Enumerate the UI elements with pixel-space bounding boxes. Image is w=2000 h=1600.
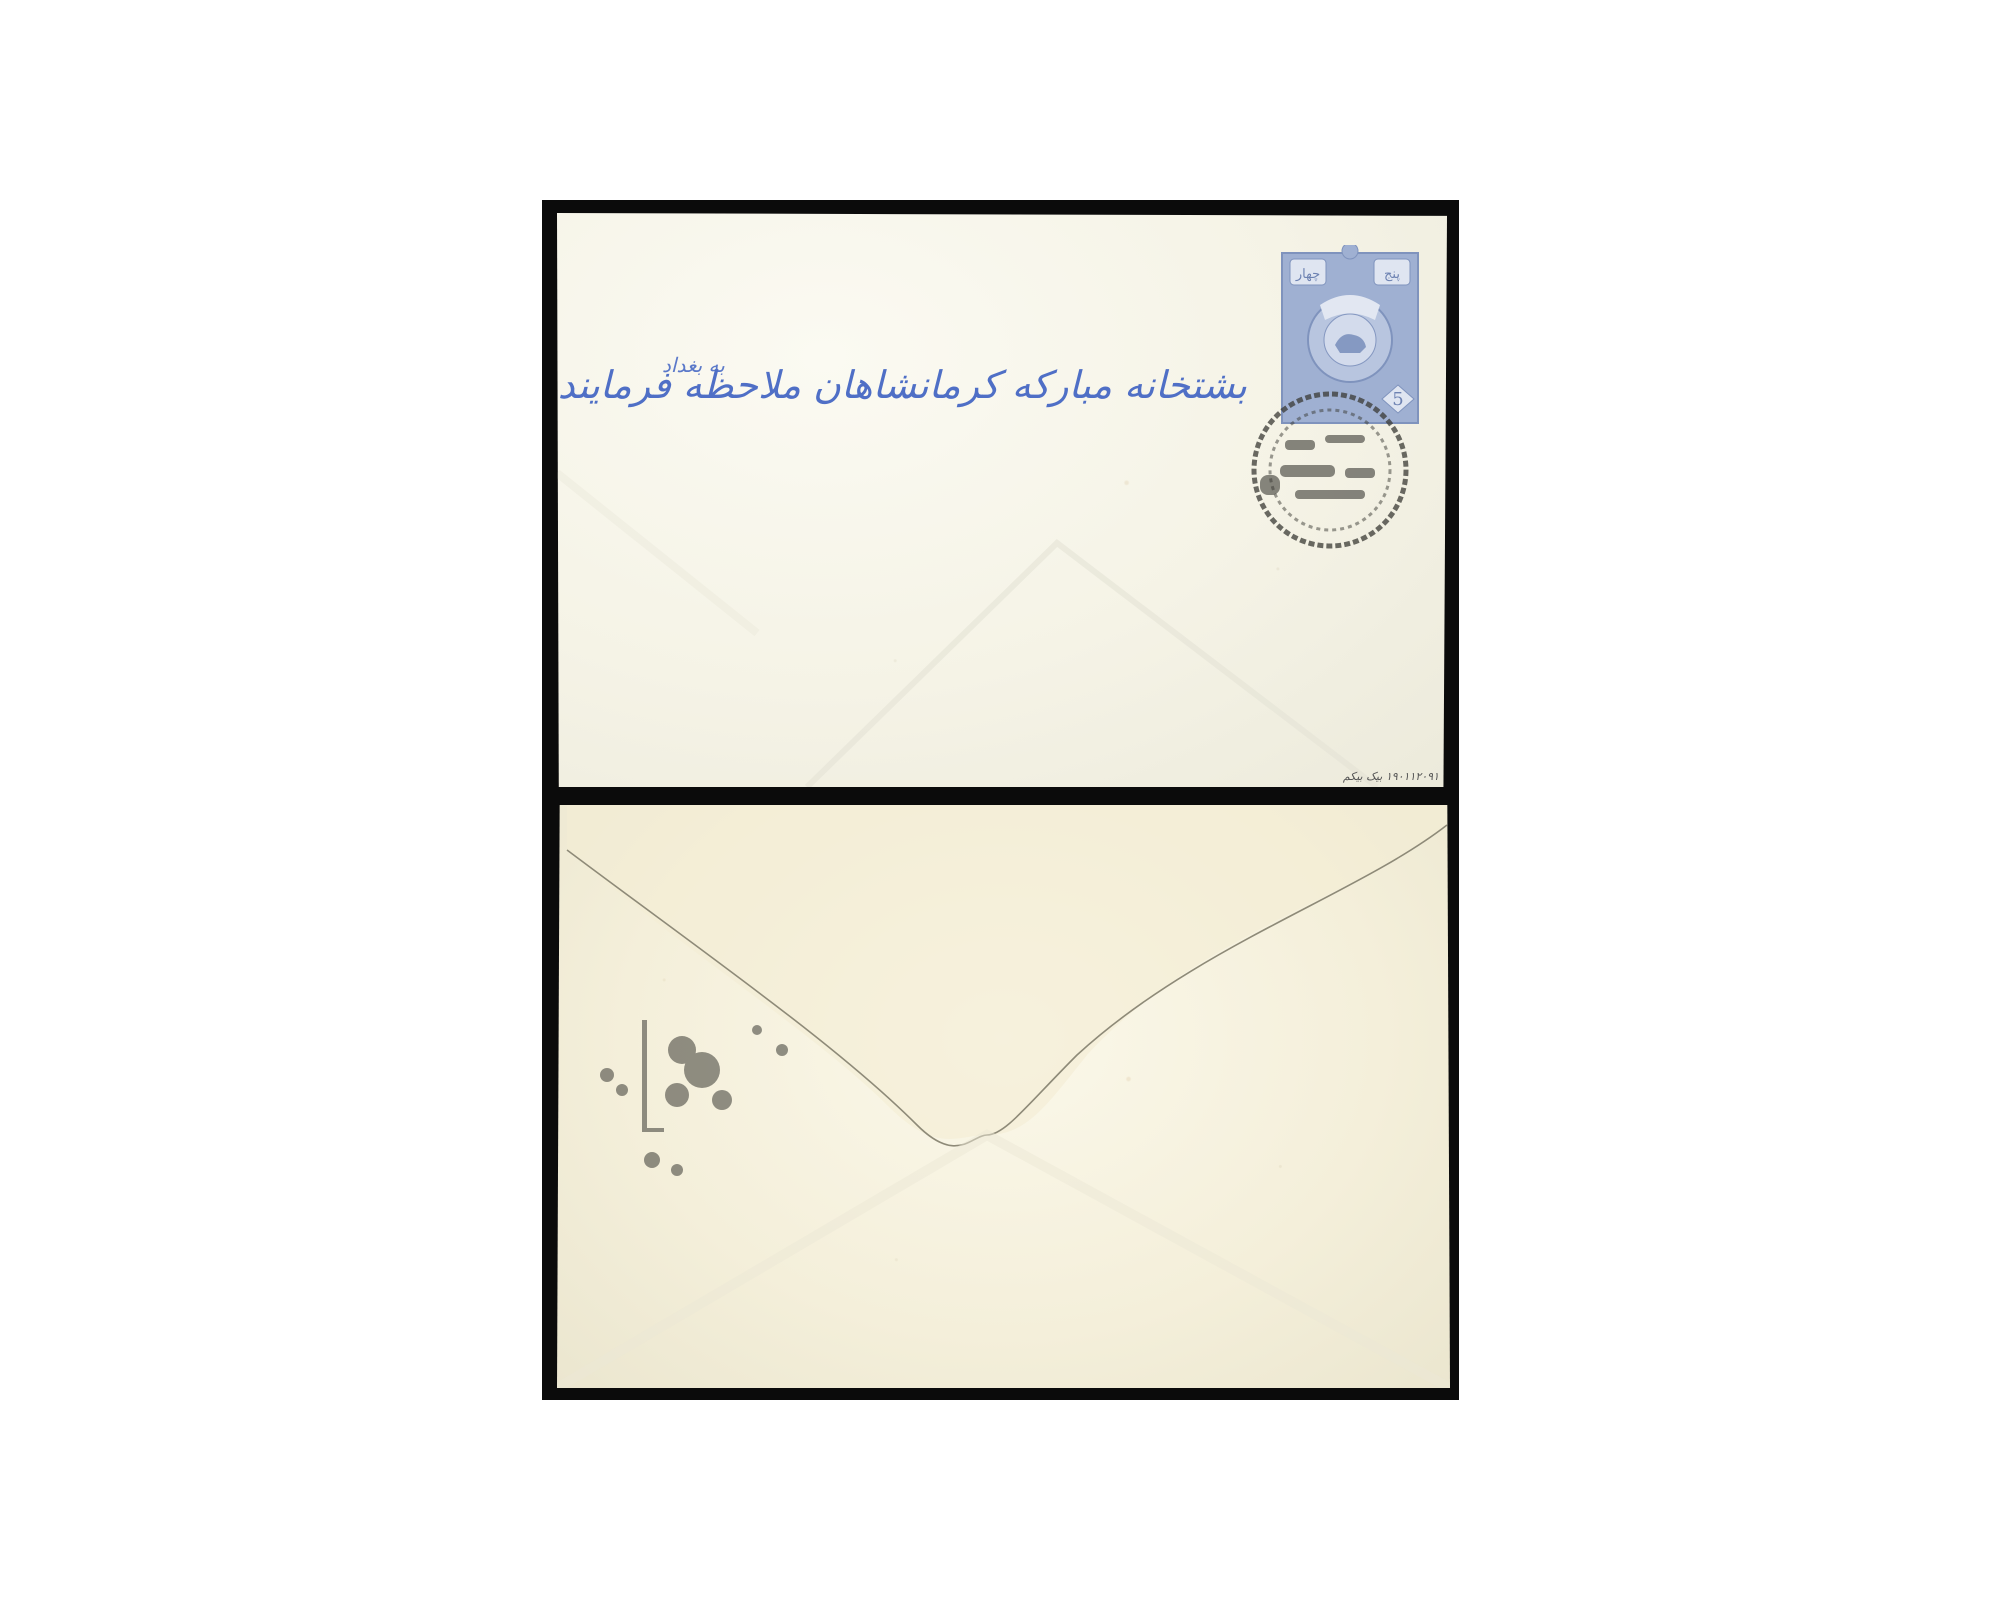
circular-postmark [1250, 390, 1410, 550]
svg-text:پنج: پنج [1384, 267, 1400, 282]
backstamp-postmark [582, 1000, 812, 1220]
svg-text:چهار: چهار [1295, 267, 1320, 282]
handwritten-address: بشتخانه مبارکه کرمانشاهان ملاحظه فرمایند [657, 363, 1247, 443]
envelope-back [557, 805, 1450, 1388]
envelope-front: چهار پنج 5 به بغداد بشتخانه مبارکه [557, 213, 1447, 787]
edge-pencil-note: ۱۹۰۱۱۲۰۹۱ بیک بیکم [1343, 770, 1439, 783]
